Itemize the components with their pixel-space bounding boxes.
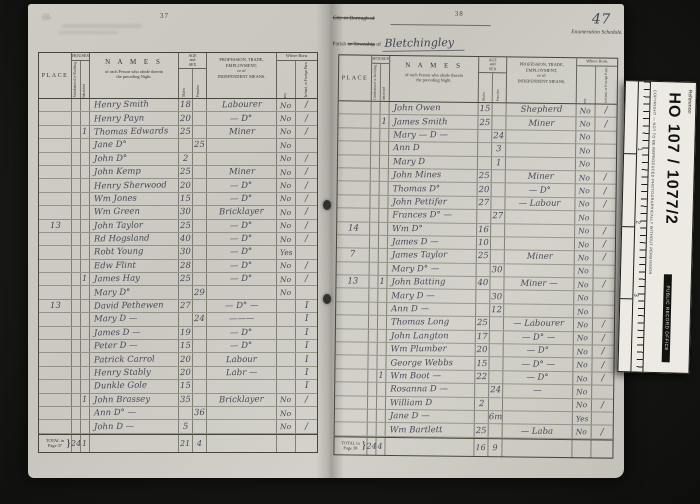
cell-place [39,420,72,432]
cell-place [39,126,72,138]
page-number-right: 38 [455,10,464,18]
cell-u [368,396,377,408]
census-row: Dunkle Gole15I [39,380,317,393]
cell-occ: Shepherd [507,103,577,116]
cell-u [72,126,81,138]
cell-f [193,246,207,258]
cell-place [339,101,372,114]
total-males: 16 [474,439,488,457]
header-where-born: Where Born. Whether Born in same County … [277,53,317,98]
cell-b1 [277,340,296,352]
cell-f [490,331,504,344]
cell-f [193,420,207,432]
cell-i [81,166,90,178]
parish-name-handwritten: Bletchingley [382,36,464,52]
cell-m: 25 [478,116,492,129]
cell-occ [207,380,277,392]
enumeration-schedule-label: Enumeration Schedule. [571,29,622,36]
header-age-sex: AGE and SEX Males Females [179,53,207,98]
cell-b2: / [592,359,613,372]
cell-f [491,224,505,237]
cell-occ: — D° [503,371,573,384]
cell-b2: / [296,420,317,432]
cell-u [368,383,377,395]
cell-m: 20 [179,112,193,124]
cell-m: 18 [179,99,193,111]
cell-f: 30 [491,264,505,277]
cell-name: James Smith [389,115,478,128]
cell-b2: / [296,193,317,205]
cell-i [379,249,388,261]
cell-occ [503,411,573,424]
census-row: John Kemp25MinerNo/ [39,166,317,179]
cell-b1: No [277,394,296,406]
cell-m: 25 [476,317,490,330]
cell-place [39,340,72,352]
cell-f: 6m [489,411,503,424]
cell-place [39,139,72,151]
cell-f [193,153,207,165]
cell-b1: No [277,286,296,298]
cell-m [475,411,489,424]
cell-b2: / [593,279,614,292]
total-uninhabited: 24 [72,435,81,453]
cell-b2: / [596,104,617,117]
cell-m: 2 [179,153,193,165]
cell-b1: Yes [573,412,592,425]
cell-occ [207,286,277,298]
cell-b1 [277,313,296,325]
cell-occ [505,224,575,237]
cell-name: Mary D — [90,313,179,325]
cell-m [179,407,193,419]
cell-occ [506,130,576,143]
cell-i [381,102,390,114]
cell-u [369,276,378,288]
cell-occ [506,157,576,170]
cell-b1: No [277,220,296,232]
cell-b1: No [577,104,596,117]
cell-b1: No [277,153,296,165]
cell-b1: No [574,278,593,291]
cell-f [193,367,207,379]
census-row: Henry Payn20— D°No/ [39,112,317,125]
blank-rule [391,24,491,26]
cell-occ: Labourer [207,99,277,111]
cell-u [368,410,377,422]
cell-b2: / [296,112,317,124]
cell-name: Thomas Long [387,316,476,329]
cell-u [72,327,81,339]
cell-place [39,273,72,285]
total-label: TOTAL in Page 38 } [334,437,367,455]
header-profession: PROFESSION, TRADE, EMPLOYMENT, or of IND… [507,57,578,103]
cell-m [476,290,490,303]
cell-place [337,195,370,208]
cell-b1: No [573,426,592,439]
cell-occ: Miner [505,251,575,264]
cell-u [372,102,381,114]
cell-b1: No [277,99,296,111]
cell-i [380,142,389,154]
parish-line: Parish or Township of Bletchingley [332,35,464,52]
header-born-elsewhere: Whether Born in Scotland, Ireland, or Fo… [305,61,309,98]
cell-u [72,179,81,191]
cell-i [379,236,388,248]
total-males: 21 [179,435,193,453]
cell-b2: / [595,171,616,184]
cell-u [72,420,81,432]
cell-occ [207,153,277,165]
header-born-elsewhere: Whether Born in Scotland, Ireland, or Fo… [604,66,609,103]
cell-i [81,340,90,352]
cell-u [369,316,378,328]
cell-b1: No [575,225,594,238]
cell-place [39,246,72,258]
cell-f [193,260,207,272]
cell-m: 19 [179,327,193,339]
cell-b1: No [576,185,595,198]
cell-occ: — D° [506,184,576,197]
cell-u [72,340,81,352]
total-spacer [572,440,591,458]
cell-i [81,407,90,419]
cell-i [380,182,389,194]
cell-m [179,313,193,325]
cell-u [72,273,81,285]
census-row: James D —19— D°I [39,327,317,340]
census-table-right: PLACE HOUSES Uninhabited or Building Inh… [333,54,618,458]
cell-b1: No [573,385,592,398]
cell-b2: / [296,166,317,178]
census-row: Wm Jones15— D°No/ [39,193,317,206]
cell-b2 [593,305,614,318]
cell-m [478,130,492,143]
cell-occ [505,264,575,277]
cell-f: 3 [492,143,506,156]
cell-occ: — D° [207,193,277,205]
cell-b1: No [576,131,595,144]
cell-m: 15 [179,340,193,352]
cell-b1: No [574,305,593,318]
cell-b2: / [594,252,615,265]
cell-i [377,356,386,368]
cell-b2: / [593,319,614,332]
census-row: John D°2No/ [39,153,317,166]
cell-i [380,129,389,141]
cell-name: George Webbs [386,356,475,369]
cell-b2 [296,407,317,419]
cell-b2: / [296,126,317,138]
header-where-born: Where Born. Whether Born in same County … [577,58,618,103]
cell-occ: — D° [207,273,277,285]
cell-i [81,353,90,365]
cell-f: 24 [489,384,503,397]
cell-m: 5 [179,420,193,432]
cell-f [492,170,506,183]
total-spacer [591,440,612,458]
cell-b2: / [296,260,317,272]
cell-name: Mary D° [90,286,179,298]
header-houses: HOUSES Uninhabited or Building Inhabited [72,53,90,98]
cell-u [370,222,379,234]
cell-occ: Miner [207,126,277,138]
cell-b2: / [296,99,317,111]
cell-place [336,316,369,329]
cell-place [39,99,72,111]
reference-card: Reference: HO 107 / 1077/2 PUBLIC RECORD… [617,80,697,374]
cell-place [338,141,371,154]
cell-f [193,380,207,392]
scanned-paper: 46 37 PLACE HOUSES Uninhabited or Buildi… [28,4,624,478]
cell-u [72,166,81,178]
cell-u [371,155,380,167]
cell-name: William D [386,397,475,410]
cell-name: Henry Sherwood [90,179,179,191]
cell-b2: I [296,300,317,312]
cell-b1: No [574,345,593,358]
cell-occ: Miner [207,166,277,178]
cell-place [39,166,72,178]
cell-b2: / [296,394,317,406]
cell-m [477,264,491,277]
total-spacer [385,438,474,457]
cell-i [378,303,387,315]
header-inhabited: Inhabited [83,83,87,99]
cell-name: John Owen [390,102,479,115]
cell-b1: No [277,407,296,419]
cell-b2 [592,412,613,425]
cell-b1: No [277,233,296,245]
cell-name: Wm D° [388,222,477,235]
cell-m: 25 [478,170,492,183]
cell-m: 25 [179,166,193,178]
cell-name: John Pettifer [388,196,477,209]
cell-place [39,407,72,419]
cell-m: 27 [179,300,193,312]
cell-f [193,193,207,205]
cell-place [39,206,72,218]
cell-b1: No [573,359,592,372]
cell-f [193,206,207,218]
cell-place [336,302,369,315]
cell-i [81,327,90,339]
cell-occ [504,304,574,317]
cell-occ: — D° [207,112,277,124]
table-header: PLACE HOUSES Uninhabited or Building Inh… [339,55,618,104]
cell-place [39,353,72,365]
header-place: PLACE [39,53,72,98]
cell-f: 25 [193,139,207,151]
cell-m [477,210,491,223]
cell-occ [207,139,277,151]
cell-i [379,209,388,221]
cell-b1 [277,367,296,379]
header-names: N A M E S of each Person who abode there… [90,53,179,98]
folio-number: 47 [592,11,611,27]
table-header: PLACE HOUSES Uninhabited or Building Inh… [39,53,317,99]
cell-f [193,327,207,339]
cell-b1: Yes [277,246,296,258]
cell-u [368,370,377,382]
cell-b1: No [573,372,592,385]
census-row: 1James Hay25— D°No/ [39,273,317,286]
cell-b1 [277,300,296,312]
cell-f [492,117,506,130]
cell-b1: No [575,265,594,278]
cell-name: Peter D — [90,340,179,352]
cell-i [81,99,90,111]
cell-name: Ann D [389,142,478,155]
total-uninhabited: 24 [367,438,376,456]
cell-f [489,425,503,438]
cell-occ: Labour [207,353,277,365]
cell-occ: — D° [207,220,277,232]
cell-b2: I [296,340,317,352]
census-row: Patrick Carrol20LabourI [39,353,317,366]
cell-f: 24 [492,130,506,143]
header-males: Males [483,91,487,102]
cell-occ: — D° — [504,331,574,344]
cell-occ: Miner [506,170,576,183]
cell-place: 13 [336,275,369,288]
cell-m: 25 [477,250,491,263]
cell-name: Mary D° — [388,263,477,276]
cell-f [489,398,503,411]
cell-name: Ann D — [387,303,476,316]
cell-b2 [595,158,616,171]
cell-u [72,139,81,151]
header-born-county: Whether Born in same County [583,97,587,104]
cell-name: John Langton [387,330,476,343]
cell-occ [504,291,574,304]
header-males: Males [183,87,187,98]
cell-u [72,380,81,392]
city-borough-line: City or Borough of [333,15,375,22]
cell-m: 2 [475,398,489,411]
cell-i: 1 [81,273,90,285]
cell-i [81,246,90,258]
cell-b1: No [574,318,593,331]
cell-f [193,273,207,285]
cell-name: John Kemp [90,166,179,178]
cell-i [378,316,387,328]
cell-occ: — D° [207,246,277,258]
cell-m: 15 [179,193,193,205]
cell-b2: / [592,399,613,412]
cell-place [338,182,371,195]
total-inhabited: 4 [376,438,385,456]
census-row: Peter D —15— D°I [39,340,317,353]
cell-place [338,115,371,128]
cell-b2: / [592,372,613,385]
cell-i [81,139,90,151]
cell-m: 20 [179,367,193,379]
cell-i [81,206,90,218]
cell-u [371,182,380,194]
reference-card-main: Reference: HO 107 / 1077/2 PUBLIC RECORD… [642,82,696,373]
cell-i [378,343,387,355]
cell-i [81,193,90,205]
cell-u [72,99,81,111]
cell-name: Rosanna D — [386,383,475,396]
cell-name: Robt Young [90,246,179,258]
cell-occ [506,144,576,157]
cell-occ: Bricklayer [207,394,277,406]
census-row: Jane D°25No [39,139,317,152]
cell-m: 30 [179,206,193,218]
cell-place [336,289,369,302]
cell-b1 [277,380,296,392]
cell-occ: — D° — [207,300,277,312]
cell-i [380,155,389,167]
cell-f [193,179,207,191]
header-uninhabited: Uninhabited or Building [374,64,378,101]
census-row: Rd Hogsland40— D°No/ [39,233,317,246]
cell-u [369,289,378,301]
cell-f [193,233,207,245]
cell-b2: / [594,198,615,211]
cell-b1: No [576,118,595,131]
cell-i: 1 [378,276,387,288]
cell-m: 20 [478,183,492,196]
cell-b2: I [296,313,317,325]
cell-u [72,260,81,272]
census-row: 1John Brassey35BricklayerNo/ [39,394,317,407]
cell-i [81,179,90,191]
cell-name: David Pethewen [90,300,179,312]
census-photograph: 46 37 PLACE HOUSES Uninhabited or Buildi… [0,0,700,504]
cell-place [39,260,72,272]
cell-u [72,112,81,124]
total-females: 4 [193,435,207,453]
cell-i: 1 [377,370,386,382]
cell-f [193,112,207,124]
cell-m [478,143,492,156]
cell-i [81,300,90,312]
census-page-right: 38 City or Borough of Parish or Township… [325,2,627,480]
cell-u [368,423,377,435]
cell-name: Henry Payn [90,112,179,124]
cell-b1 [277,327,296,339]
cell-i: 1 [81,126,90,138]
cell-name: Henry Smith [90,99,179,111]
cell-place [336,342,369,355]
header-inhabited: Inhabited [383,85,387,101]
cell-f [193,353,207,365]
census-row: Henry Smith18LabourerNo/ [39,99,317,112]
cell-f: 12 [490,304,504,317]
cell-b1: No [576,158,595,171]
cell-b2: / [296,179,317,191]
right-rows: John Owen15ShepherdNo/1James Smith25Mine… [335,101,617,439]
page-number-left: 37 [160,12,169,20]
cell-u [369,343,378,355]
census-row: Henry Sherwood20— D°No/ [39,179,317,192]
cell-b2: I [296,353,317,365]
cell-f: 27 [491,210,505,223]
census-row: Robt Young30— D°Yes [39,246,317,259]
reference-label: Reference: [686,90,693,115]
cell-i [378,329,387,341]
cell-name: Wm Jones [90,193,179,205]
cell-i [377,383,386,395]
cell-b2: / [595,185,616,198]
cell-name: James D — [90,327,179,339]
census-row: Henry Stably20Labr —I [39,367,317,380]
cell-place [335,369,368,382]
cell-f: 1 [492,157,506,170]
